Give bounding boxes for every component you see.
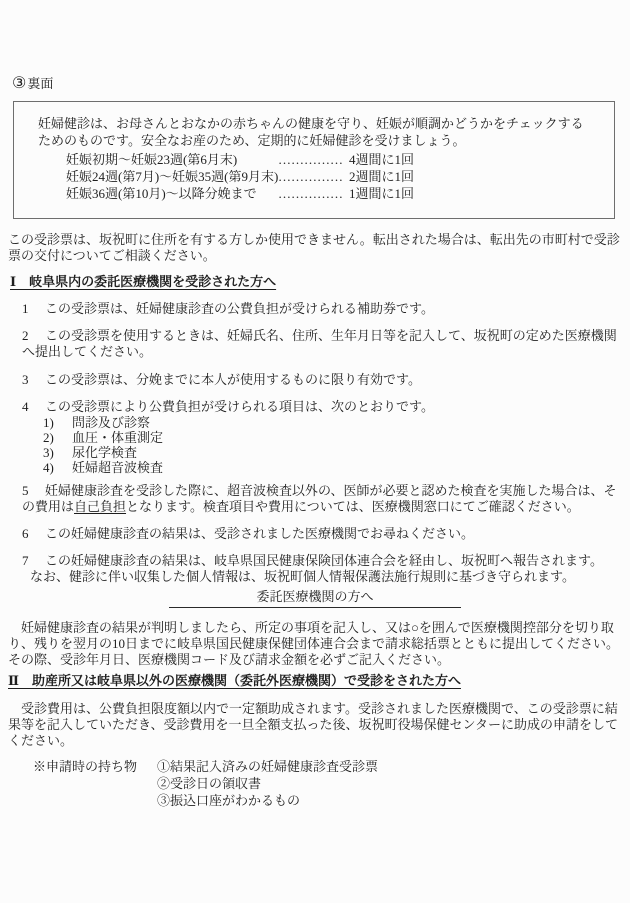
- sub-item-1: 1)問診及び診察: [43, 415, 622, 430]
- belongings-list: ①結果記入済みの妊婦健康診査受診票 ②受診日の領収書 ③振込口座がわかるもの: [157, 758, 378, 809]
- schedule-period: 妊娠24週(第7月)～妊娠35週(第9月末): [66, 168, 278, 185]
- section2-body: 受診費用は、公費負担限度額以内で一定額助成されます。受診されました医療機関で、こ…: [8, 701, 622, 749]
- schedule-row: 妊娠24週(第7月)～妊娠35週(第9月末)……………2週間に1回: [66, 168, 596, 185]
- application-belongings: ※申請時の持ち物 ①結果記入済みの妊婦健康診査受診票 ②受診日の領収書 ③振込口…: [33, 758, 622, 809]
- schedule-period: 妊娠36週(第10月)～以降分娩まで: [66, 185, 278, 202]
- circled-number-3: ③: [12, 75, 27, 92]
- checkup-schedule: 妊娠初期～妊娠23週(第6月末)……………4週間に1回 妊娠24週(第7月)～妊…: [66, 151, 596, 202]
- list-item-4: 4この受診票により公費負担が受けられる項目は、次のとおりです。: [22, 399, 622, 415]
- item-text: この妊婦健康診査の結果は、岐阜県国民健康保険団体連合会を経由し、坂祝町へ報告され…: [45, 553, 603, 568]
- schedule-frequency: 4週間に1回: [349, 152, 414, 167]
- belongings-label: ※申請時の持ち物: [33, 758, 157, 775]
- item-text: この受診票は、妊婦健康診査の公費負担が受けられる補助券です。: [45, 301, 434, 316]
- document-page: ③裏面 妊婦健診は、お母さんとおなかの赤ちゃんの健康を守り、妊娠が順調かどうかを…: [0, 0, 630, 903]
- sub-item-label: 血圧・体重測定: [72, 430, 163, 445]
- item-text: この受診票を使用するときは、妊婦氏名、住所、生年月日等を記入して、坂祝町の定めた…: [22, 328, 617, 359]
- schedule-dots: ……………: [278, 185, 343, 202]
- schedule-frequency: 2週間に1回: [349, 169, 414, 184]
- item-text: この妊婦健康診査の結果は、受診されました医療機関でお尋ねください。: [45, 526, 474, 541]
- sub-item-2: 2)血圧・体重測定: [43, 430, 622, 445]
- residence-notice: この受診票は、坂祝町に住所を有する方しか使用できません。転出された場合は、転出先…: [8, 232, 622, 264]
- schedule-row: 妊娠36週(第10月)～以降分娩まで……………1週間に1回: [66, 185, 596, 202]
- sub-item-number: 2): [43, 430, 72, 445]
- page-side-label: ③裏面: [12, 76, 622, 92]
- schedule-frequency: 1週間に1回: [349, 186, 414, 201]
- sub-item-4: 4)妊婦超音波検査: [43, 460, 622, 475]
- item-number: 3: [22, 372, 45, 388]
- item-number: 7: [22, 553, 45, 569]
- belongings-item-2: ②受診日の領収書: [157, 775, 378, 792]
- item-number: 1: [22, 301, 45, 317]
- sub-item-label: 尿化学検査: [72, 445, 137, 460]
- checkup-description: 妊婦健診は、お母さんとおなかの赤ちゃんの健康を守り、妊娠が順調かどうかをチェック…: [38, 115, 596, 149]
- item-number: 6: [22, 526, 45, 542]
- sub-item-label: 問診及び診察: [72, 415, 150, 430]
- provider-note-body: 妊婦健康診査の結果が判明しましたら、所定の事項を記入し、又は○を囲んで医療機関控…: [8, 620, 622, 668]
- sub-item-number: 1): [43, 415, 72, 430]
- section1-heading: Ⅰ 岐阜県内の委託医療機関を受診された方へ: [10, 274, 622, 290]
- item-text: この受診票により公費負担が受けられる項目は、次のとおりです。: [45, 399, 434, 414]
- list-item-6: 6この妊婦健康診査の結果は、受診されました医療機関でお尋ねください。: [22, 526, 622, 542]
- belongings-item-3: ③振込口座がわかるもの: [157, 792, 378, 809]
- list-item-5: 5妊婦健康診査を受診した際に、超音波検査以外の、医師が必要と認めた検査を実施した…: [22, 483, 622, 515]
- schedule-period: 妊娠初期～妊娠23週(第6月末): [66, 151, 278, 168]
- sub-item-label: 妊婦超音波検査: [72, 460, 163, 475]
- item-number: 2: [22, 328, 45, 344]
- item-text-after: となります。検査項目や費用については、医療機関窓口にてご確認ください。: [126, 499, 580, 514]
- side-label-text: 裏面: [27, 76, 53, 91]
- sub-item-number: 3): [43, 445, 72, 460]
- section2-heading: Ⅱ 助産所又は岐阜県以外の医療機関（委託外医療機関）で受診をされた方へ: [8, 673, 622, 689]
- checkup-info-box: 妊婦健診は、お母さんとおなかの赤ちゃんの健康を守り、妊娠が順調かどうかをチェック…: [13, 101, 615, 219]
- list-item-7: 7この妊婦健康診査の結果は、岐阜県国民健康保険団体連合会を経由し、坂祝町へ報告さ…: [22, 553, 622, 585]
- section1-heading-text: Ⅰ 岐阜県内の委託医療機関を受診された方へ: [10, 274, 276, 289]
- item-note: なお、健診に伴い収集した個人情報は、坂祝町個人情報保護法施行規則に基づき守られま…: [30, 569, 622, 585]
- schedule-row: 妊娠初期～妊娠23週(第6月末)……………4週間に1回: [66, 151, 596, 168]
- belongings-item-1: ①結果記入済みの妊婦健康診査受診票: [157, 758, 378, 775]
- sub-item-number: 4): [43, 460, 72, 475]
- schedule-dots: ……………: [278, 151, 343, 168]
- sub-item-3: 3)尿化学検査: [43, 445, 622, 460]
- item-number: 4: [22, 399, 45, 415]
- section2-heading-text: Ⅱ 助産所又は岐阜県以外の医療機関（委託外医療機関）で受診をされた方へ: [8, 673, 461, 688]
- item-text-underlined: 自己負担: [74, 499, 126, 514]
- list-item-1: 1この受診票は、妊婦健康診査の公費負担が受けられる補助券です。: [22, 301, 622, 317]
- item-number: 5: [22, 483, 45, 499]
- schedule-dots: ……………: [278, 168, 343, 185]
- provider-note-heading: 委託医療機関の方へ: [169, 589, 461, 608]
- list-item-3: 3この受診票は、分娩までに本人が使用するものに限り有効です。: [22, 372, 622, 388]
- list-item-2: 2この受診票を使用するときは、妊婦氏名、住所、生年月日等を記入して、坂祝町の定め…: [22, 328, 622, 360]
- item-text: この受診票は、分娩までに本人が使用するものに限り有効です。: [45, 372, 421, 387]
- item-text-line: 7この妊婦健康診査の結果は、岐阜県国民健康保険団体連合会を経由し、坂祝町へ報告さ…: [22, 553, 622, 569]
